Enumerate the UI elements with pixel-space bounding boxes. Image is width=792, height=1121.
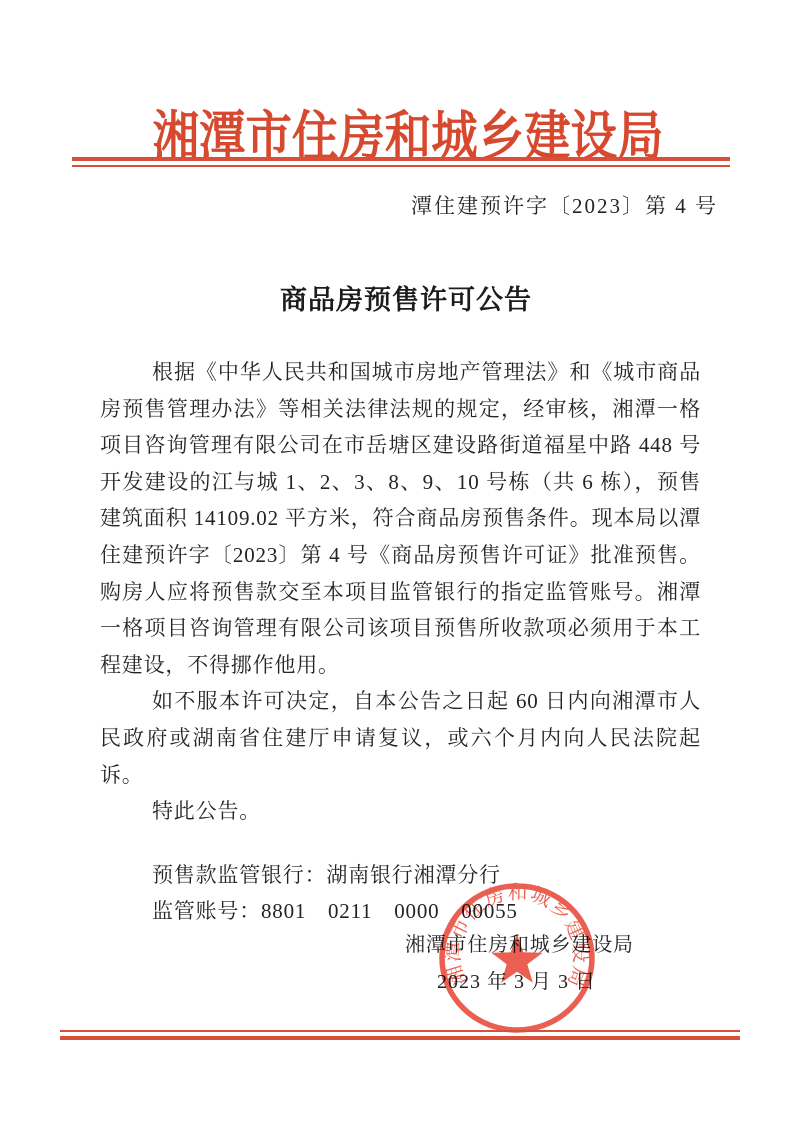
account-line: 监管账号：8801 0211 0000 00055 — [152, 893, 701, 930]
footer-rule-thick — [60, 1036, 740, 1040]
doc-number: 潭住建预许字〔2023〕第 4 号 — [411, 190, 718, 220]
bank-label: 预售款监管银行： — [152, 863, 326, 887]
document-page: 湘潭市住房和城乡建设局 潭住建预许字〔2023〕第 4 号 商品房预售许可公告 … — [0, 0, 792, 1121]
account-label: 监管账号： — [152, 899, 261, 923]
body-text: 根据《中华人民共和国城市房地产管理法》和《城市商品房预售管理办法》等相关法律法规… — [100, 354, 701, 930]
paragraph-legal-basis: 根据《中华人民共和国城市房地产管理法》和《城市商品房预售管理办法》等相关法律法规… — [100, 354, 701, 683]
official-seal: 湘潭市住房和城乡建设局 — [437, 881, 597, 1035]
document-title: 商品房预售许可公告 — [20, 278, 792, 317]
seal-star — [491, 934, 542, 983]
paragraph-appeal: 如不服本许可决定，自本公告之日起 60 日内向湘潭市人民政府或湖南省住建厅申请复… — [100, 683, 701, 793]
bank-info-block: 预售款监管银行：湖南银行湘潭分行 监管账号：8801 0211 0000 000… — [100, 857, 701, 930]
header-double-rule — [72, 157, 730, 167]
header-rule-thin — [72, 165, 730, 167]
bank-line: 预售款监管银行：湖南银行湘潭分行 — [152, 857, 701, 894]
paragraph-closing: 特此公告。 — [100, 793, 701, 830]
footer-double-rule — [60, 1030, 740, 1040]
